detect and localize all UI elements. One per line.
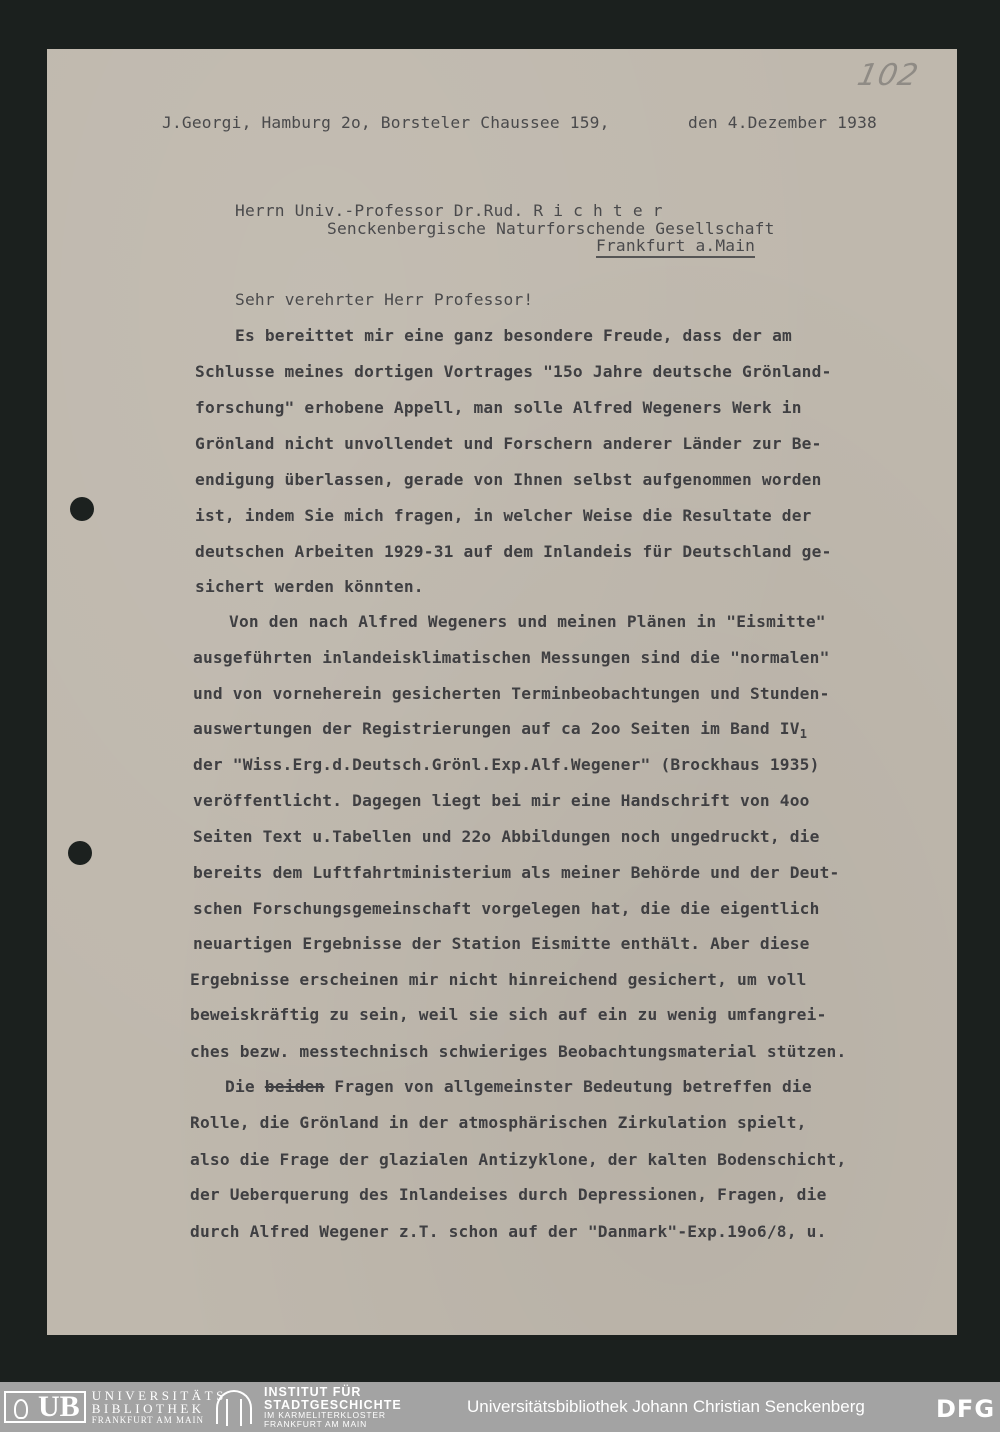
recipient-line-3: Frankfurt a.Main	[596, 236, 755, 255]
folio-number: 102	[854, 58, 922, 93]
body-line-12-text: auswertungen der Registrierungen auf ca …	[193, 719, 800, 738]
body-line-17: schen Forschungsgemeinschaft vorgelegen …	[193, 899, 820, 918]
body-line-22-part1: Die	[225, 1077, 265, 1096]
body-line-14: veröffentlicht. Dagegen liegt bei mir ei…	[193, 791, 810, 810]
body-line-6: ist, indem Sie mich fragen, in welcher W…	[195, 506, 812, 525]
footer-bar: UB UNIVERSITÄTS BIBLIOTHEK FRANKFURT AM …	[0, 1382, 1000, 1432]
punch-hole-top	[70, 497, 94, 521]
ub-text: UNIVERSITÄTS BIBLIOTHEK FRANKFURT AM MAI…	[92, 1389, 227, 1426]
goethe-portrait-icon	[4, 1391, 34, 1423]
body-line-4: Grönland nicht unvollendet und Forschern…	[195, 434, 822, 453]
salutation: Sehr verehrter Herr Professor!	[235, 290, 533, 309]
body-line-24: also die Frage der glazialen Antizyklone…	[190, 1150, 846, 1169]
sender-line: J.Georgi, Hamburg 2o, Borsteler Chaussee…	[162, 113, 610, 132]
recipient-line-1: Herrn Univ.-Professor Dr.Rud. R i c h t …	[235, 201, 663, 220]
ub-logo[interactable]: UB UNIVERSITÄTS BIBLIOTHEK FRANKFURT AM …	[4, 1390, 227, 1424]
ub-text-line-1: UNIVERSITÄTS	[92, 1389, 227, 1403]
body-line-7: deutschen Arbeiten 1929-31 auf dem Inlan…	[195, 542, 832, 561]
punch-hole-bottom	[68, 841, 92, 865]
body-line-9: Von den nach Alfred Wegeners und meinen …	[229, 612, 826, 631]
body-line-22: Die beiden Fragen von allgemeinster Bede…	[225, 1077, 812, 1096]
body-line-20: beweiskräftig zu sein, weil sie sich auf…	[190, 1005, 827, 1024]
struck-word: beiden	[265, 1077, 325, 1096]
gothic-arch-icon	[216, 1390, 252, 1424]
date-line: den 4.Dezember 1938	[688, 113, 877, 132]
body-line-3: forschung" erhobene Appell, man solle Al…	[195, 398, 802, 417]
body-line-23: Rolle, die Grönland in der atmosphärisch…	[190, 1113, 807, 1132]
body-line-26: durch Alfred Wegener z.T. schon auf der …	[190, 1222, 827, 1241]
body-line-10: ausgeführten inlandeisklimatischen Messu…	[193, 648, 830, 667]
body-line-15: Seiten Text u.Tabellen und 22o Abbildung…	[193, 827, 820, 846]
body-line-5: endigung überlassen, gerade von Ihnen se…	[195, 470, 822, 489]
body-line-16: bereits dem Luftfahrtministerium als mei…	[193, 863, 839, 882]
ub-text-line-3: FRANKFURT AM MAIN	[92, 1416, 227, 1425]
recipient-city: Frankfurt a.Main	[596, 236, 755, 258]
ub-letters: UB	[34, 1391, 86, 1423]
body-line-19: Ergebnisse erscheinen mir nicht hinreich…	[190, 970, 807, 989]
body-line-8: sichert werden könnten.	[195, 577, 424, 596]
body-line-12: auswertungen der Registrierungen auf ca …	[193, 719, 807, 741]
body-line-11: und von vorneherein gesicherten Terminbe…	[193, 684, 830, 703]
body-line-22-part2: Fragen von allgemeinster Bedeutung betre…	[324, 1077, 811, 1096]
body-line-13: der "Wiss.Erg.d.Deutsch.Grönl.Exp.Alf.We…	[193, 755, 820, 774]
body-line-1: Es bereittet mir eine ganz besondere Fre…	[235, 326, 792, 345]
dfg-logo[interactable]: DFG	[936, 1395, 995, 1423]
isg-text: INSTITUT FÜR STADTGESCHICHTE IM KARMELIT…	[264, 1386, 402, 1428]
isg-logo[interactable]: INSTITUT FÜR STADTGESCHICHTE IM KARMELIT…	[216, 1390, 402, 1424]
body-line-21: ches bezw. messtechnisch schwieriges Beo…	[190, 1042, 846, 1061]
body-line-2: Schlusse meines dortigen Vortrages "15o …	[195, 362, 832, 381]
body-line-18: neuartigen Ergebnisse der Station Eismit…	[193, 934, 810, 953]
ub-text-line-2: BIBLIOTHEK	[92, 1402, 227, 1416]
isg-text-line-1: INSTITUT FÜR	[264, 1386, 402, 1399]
band-subscript: 1	[800, 727, 807, 741]
body-line-25: der Ueberquerung des Inlandeises durch D…	[190, 1185, 827, 1204]
isg-text-line-4: FRANKFURT AM MAIN	[264, 1420, 402, 1429]
footer-title[interactable]: Universitätsbibliothek Johann Christian …	[467, 1397, 865, 1417]
